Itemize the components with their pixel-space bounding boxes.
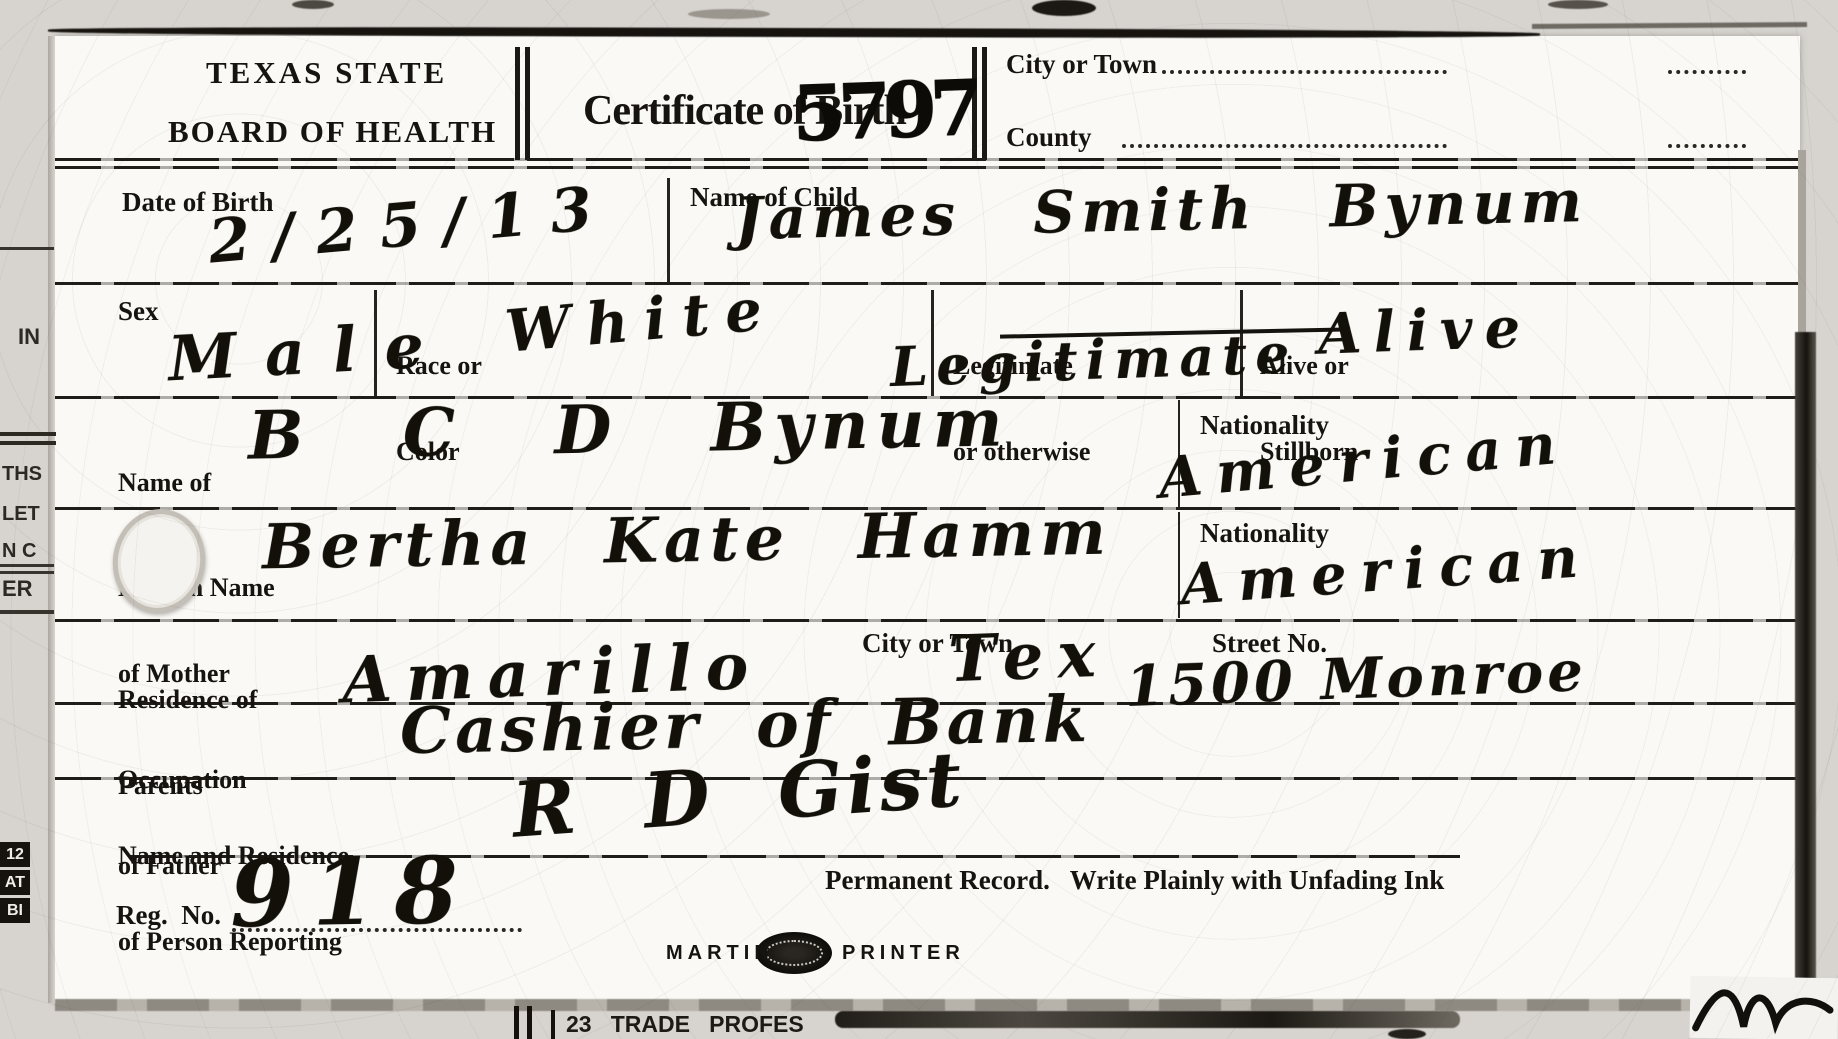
stamped-certificate-number: 5797 (791, 63, 978, 158)
card-bottom-fuzzy-edge (55, 999, 1800, 1011)
bottom-blot (1388, 1029, 1426, 1039)
reg-no-label: Reg. No. (116, 901, 221, 931)
left-fragment-text-let: LET (2, 503, 40, 526)
left-fragment-line-3 (0, 441, 56, 445)
left-corner-tab-12: 12 (0, 842, 30, 867)
sex-label: Sex (118, 297, 159, 327)
handwriting-fragment (1690, 976, 1837, 1039)
board-name-line1: TEXAS STATE (206, 56, 447, 90)
left-corner-tab-bi: BI (0, 898, 30, 923)
bottom-fragment-bar-3 (551, 1010, 555, 1039)
scan-blot-top-3 (1548, 0, 1608, 9)
left-fragment-text-nc: N C (2, 540, 36, 563)
header-divider-bar-4 (982, 47, 987, 160)
name-of-father-value: B C D Bynum (247, 383, 1011, 474)
printer-word: PRINTER (842, 942, 965, 965)
scanned-birth-certificate: IN THS LET N C ER 12 AT BI 23 TRADE PROF… (0, 0, 1838, 1039)
maiden-name-of-mother-value: Bertha Kate Hamm (261, 496, 1112, 584)
left-fragment-line-5 (0, 571, 54, 574)
header-divider-bar-2 (525, 47, 530, 160)
scan-blot-top-2 (1032, 0, 1096, 16)
left-corner-tab-at: AT (0, 870, 30, 895)
header-double-rule-top (55, 158, 1800, 161)
right-card-edge-light (1798, 150, 1806, 335)
left-card-edge-shadow (48, 36, 55, 1003)
left-fragment-line-4 (0, 564, 54, 567)
bottom-fragment-bar-2 (527, 1006, 532, 1039)
bottom-fragment-smudge (835, 1011, 1460, 1028)
county-ruled-dots-far (1668, 144, 1746, 148)
left-fragment-text-in: IN (18, 324, 40, 350)
row1-bottom-rule (55, 282, 1800, 285)
city-or-town-label: City or Town (1006, 50, 1157, 80)
left-fragment-line-6 (0, 610, 54, 614)
scan-blot-top-4 (688, 9, 770, 19)
left-fragment-text-ths: THS (2, 463, 42, 486)
bottom-fragment-text: 23 TRADE PROFES (566, 1011, 804, 1038)
scan-tear-top-right (1532, 22, 1807, 29)
sex-value: Male (166, 308, 453, 396)
county-ruled-dots (1122, 144, 1447, 148)
city-or-town-ruled-dots-far (1668, 70, 1746, 74)
county-label: County (1006, 123, 1092, 153)
left-fragment-line-2 (0, 432, 56, 436)
board-name-line2: BOARD OF HEALTH (168, 115, 497, 149)
left-fragment-text-er: ER (2, 576, 33, 602)
row4-bottom-rule (55, 619, 1800, 622)
city-or-town-ruled-dots (1162, 70, 1447, 74)
scan-blot-top-1 (292, 0, 334, 9)
bottom-fragment-bar-1 (514, 1006, 519, 1039)
alive-value: Alive (1317, 294, 1533, 367)
father-label-line1: Name of (118, 469, 211, 498)
printer-name: MARTIN (666, 942, 774, 965)
left-fragment-line-1 (0, 247, 54, 250)
row1-divider (667, 178, 670, 282)
permanent-record-note: Permanent Record. Write Plainly with Unf… (825, 866, 1444, 896)
bottom-right-card-fragment (1689, 976, 1838, 1039)
reg-no-value: 918 (229, 836, 477, 948)
right-card-edge-dark (1795, 332, 1816, 1006)
header-divider-bar-1 (515, 47, 520, 160)
